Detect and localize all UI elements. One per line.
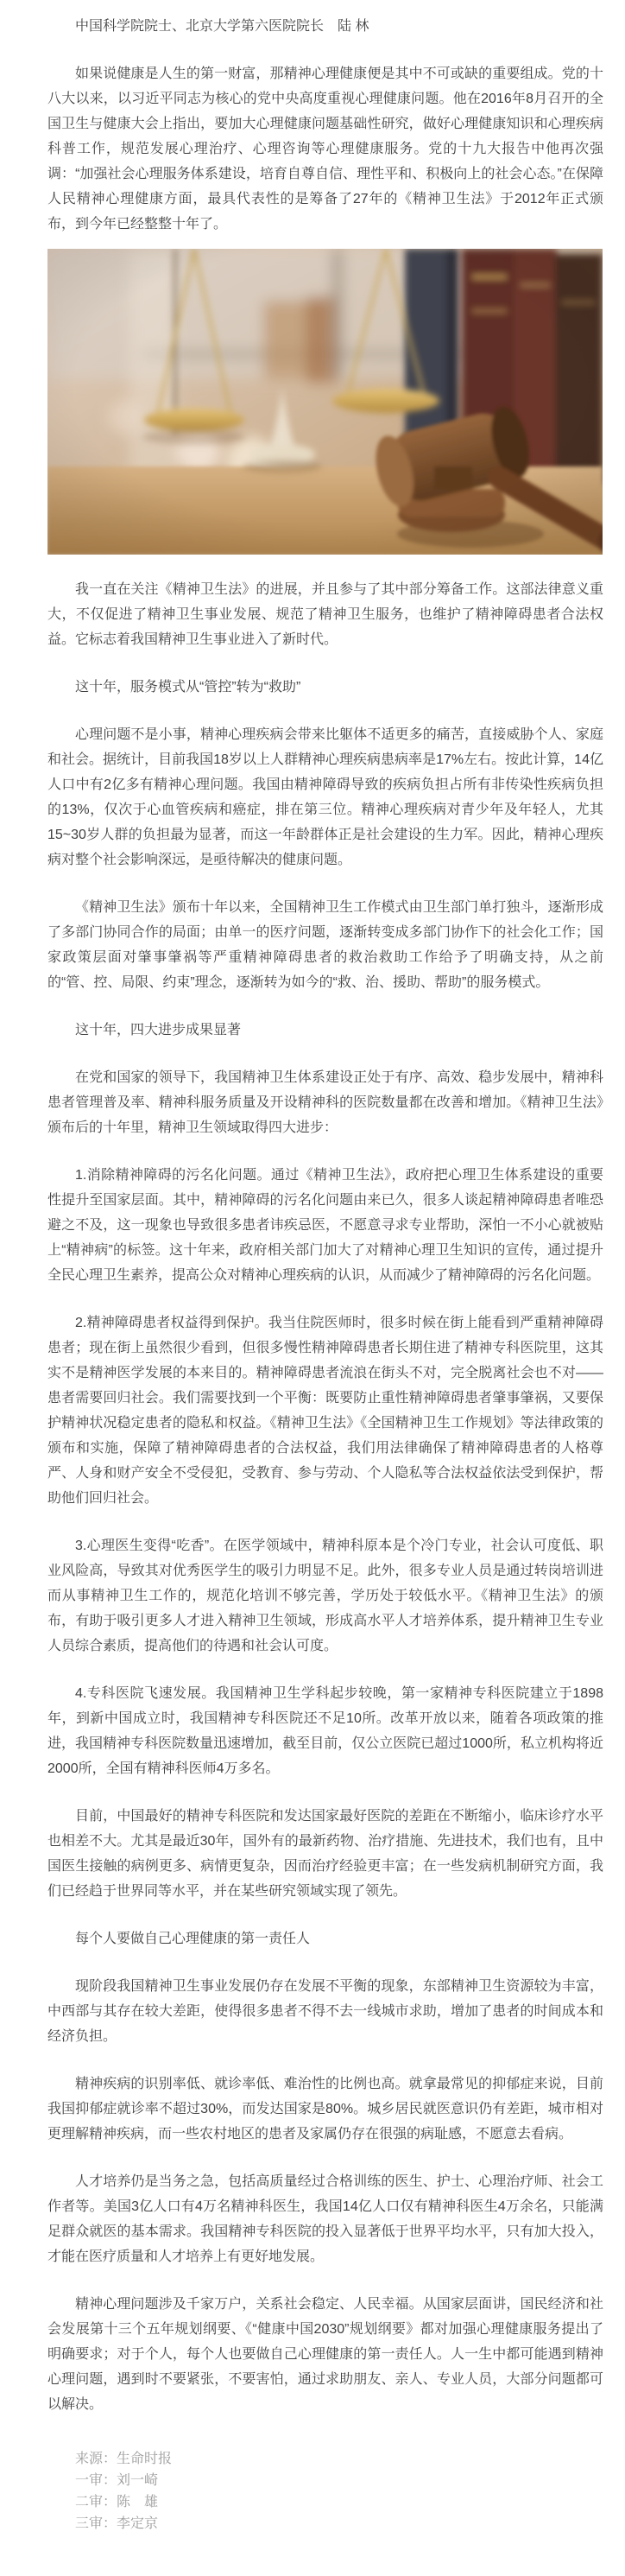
section-heading-four-achievements: 这十年，四大进步成果显著: [47, 1018, 603, 1043]
paragraph-conclusion: 精神心理问题涉及千家万户，关系社会稳定、人民幸福。从国家层面讲，国民经济和社会发…: [47, 2292, 603, 2417]
paragraph-talent: 人才培养仍是当务之急，包括高质量经过合格训练的医生、护士、心理治疗师、社会工作者…: [47, 2169, 603, 2269]
footer-review-2: 二审：陈 雄: [47, 2491, 603, 2513]
byline: 中国科学院院士、北京大学第六医院院长 陆 林: [47, 14, 603, 39]
paragraph-recognition-rate: 精神疾病的识别率低、就诊率低、难治性的比例也高。就拿最常见的抑郁症来说，目前我国…: [47, 2072, 603, 2147]
footer-review-3: 三审：李定京: [47, 2513, 603, 2535]
section-heading-service-mode: 这十年，服务模式从“管控”转为“救助”: [47, 675, 603, 700]
paragraph-intro: 如果说健康是人生的第一财富，那精神心理健康便是其中不可或缺的重要组成。党的十八大…: [47, 61, 603, 237]
paragraph-hospital-gap: 目前，中国最好的精神专科医院和发达国家最好医院的差距在不断缩小，临床诊疗水平也相…: [47, 1804, 603, 1904]
section-heading-responsibility: 每个人要做自己心理健康的第一责任人: [47, 1926, 603, 1951]
paragraph-achievement-3: 3.心理医生变得“吃香”。在医学领域中，精神科原本是个冷门专业，社会认可度低、职…: [47, 1533, 603, 1659]
photo-vignette: [47, 249, 603, 555]
paragraph-achievement-4: 4.专科医院飞速发展。我国精神卫生学科起步较晚，第一家精神专科医院建立于1898…: [47, 1681, 603, 1781]
paragraph-lead: 我一直在关注《精神卫生法》的进展，并且参与了其中部分筹备工作。这部法律意义重大，…: [47, 577, 603, 652]
paragraph-mode-change: 《精神卫生法》颁布十年以来，全国精神卫生工作模式由卫生部门单打独斗，逐渐形成了多…: [47, 895, 603, 995]
footer-source: 来源：生命时报: [47, 2448, 603, 2470]
article-footer: 来源：生命时报 一审：刘一崎 二审：陈 雄 三审：李定京: [47, 2448, 603, 2535]
paragraph-achievement-1: 1.消除精神障碍的污名化问题。通过《精神卫生法》，政府把心理卫生体系建设的重要性…: [47, 1163, 603, 1288]
justice-scales-gavel-photo: [47, 249, 603, 555]
paragraph-imbalance: 现阶段我国精神卫生事业发展仍存在发展不平衡的现象，东部精神卫生资源较为丰富，中西…: [47, 1974, 603, 2049]
paragraph-burden: 心理问题不是小事，精神心理疾病会带来比躯体不适更多的痛苦，直接威胁个人、家庭和社…: [47, 722, 603, 872]
footer-review-1: 一审：刘一崎: [47, 2470, 603, 2491]
paragraph-achievement-2: 2.精神障碍患者权益得到保护。我当住院医师时，很多时候在街上能看到严重精神障碍患…: [47, 1310, 603, 1511]
article-photo: [47, 249, 603, 555]
article-page: 中国科学院院士、北京大学第六医院院长 陆 林 如果说健康是人生的第一财富，那精神…: [0, 0, 625, 2576]
paragraph-overview: 在党和国家的领导下，我国精神卫生体系建设正处于有序、高效、稳步发展中，精神科患者…: [47, 1065, 603, 1140]
